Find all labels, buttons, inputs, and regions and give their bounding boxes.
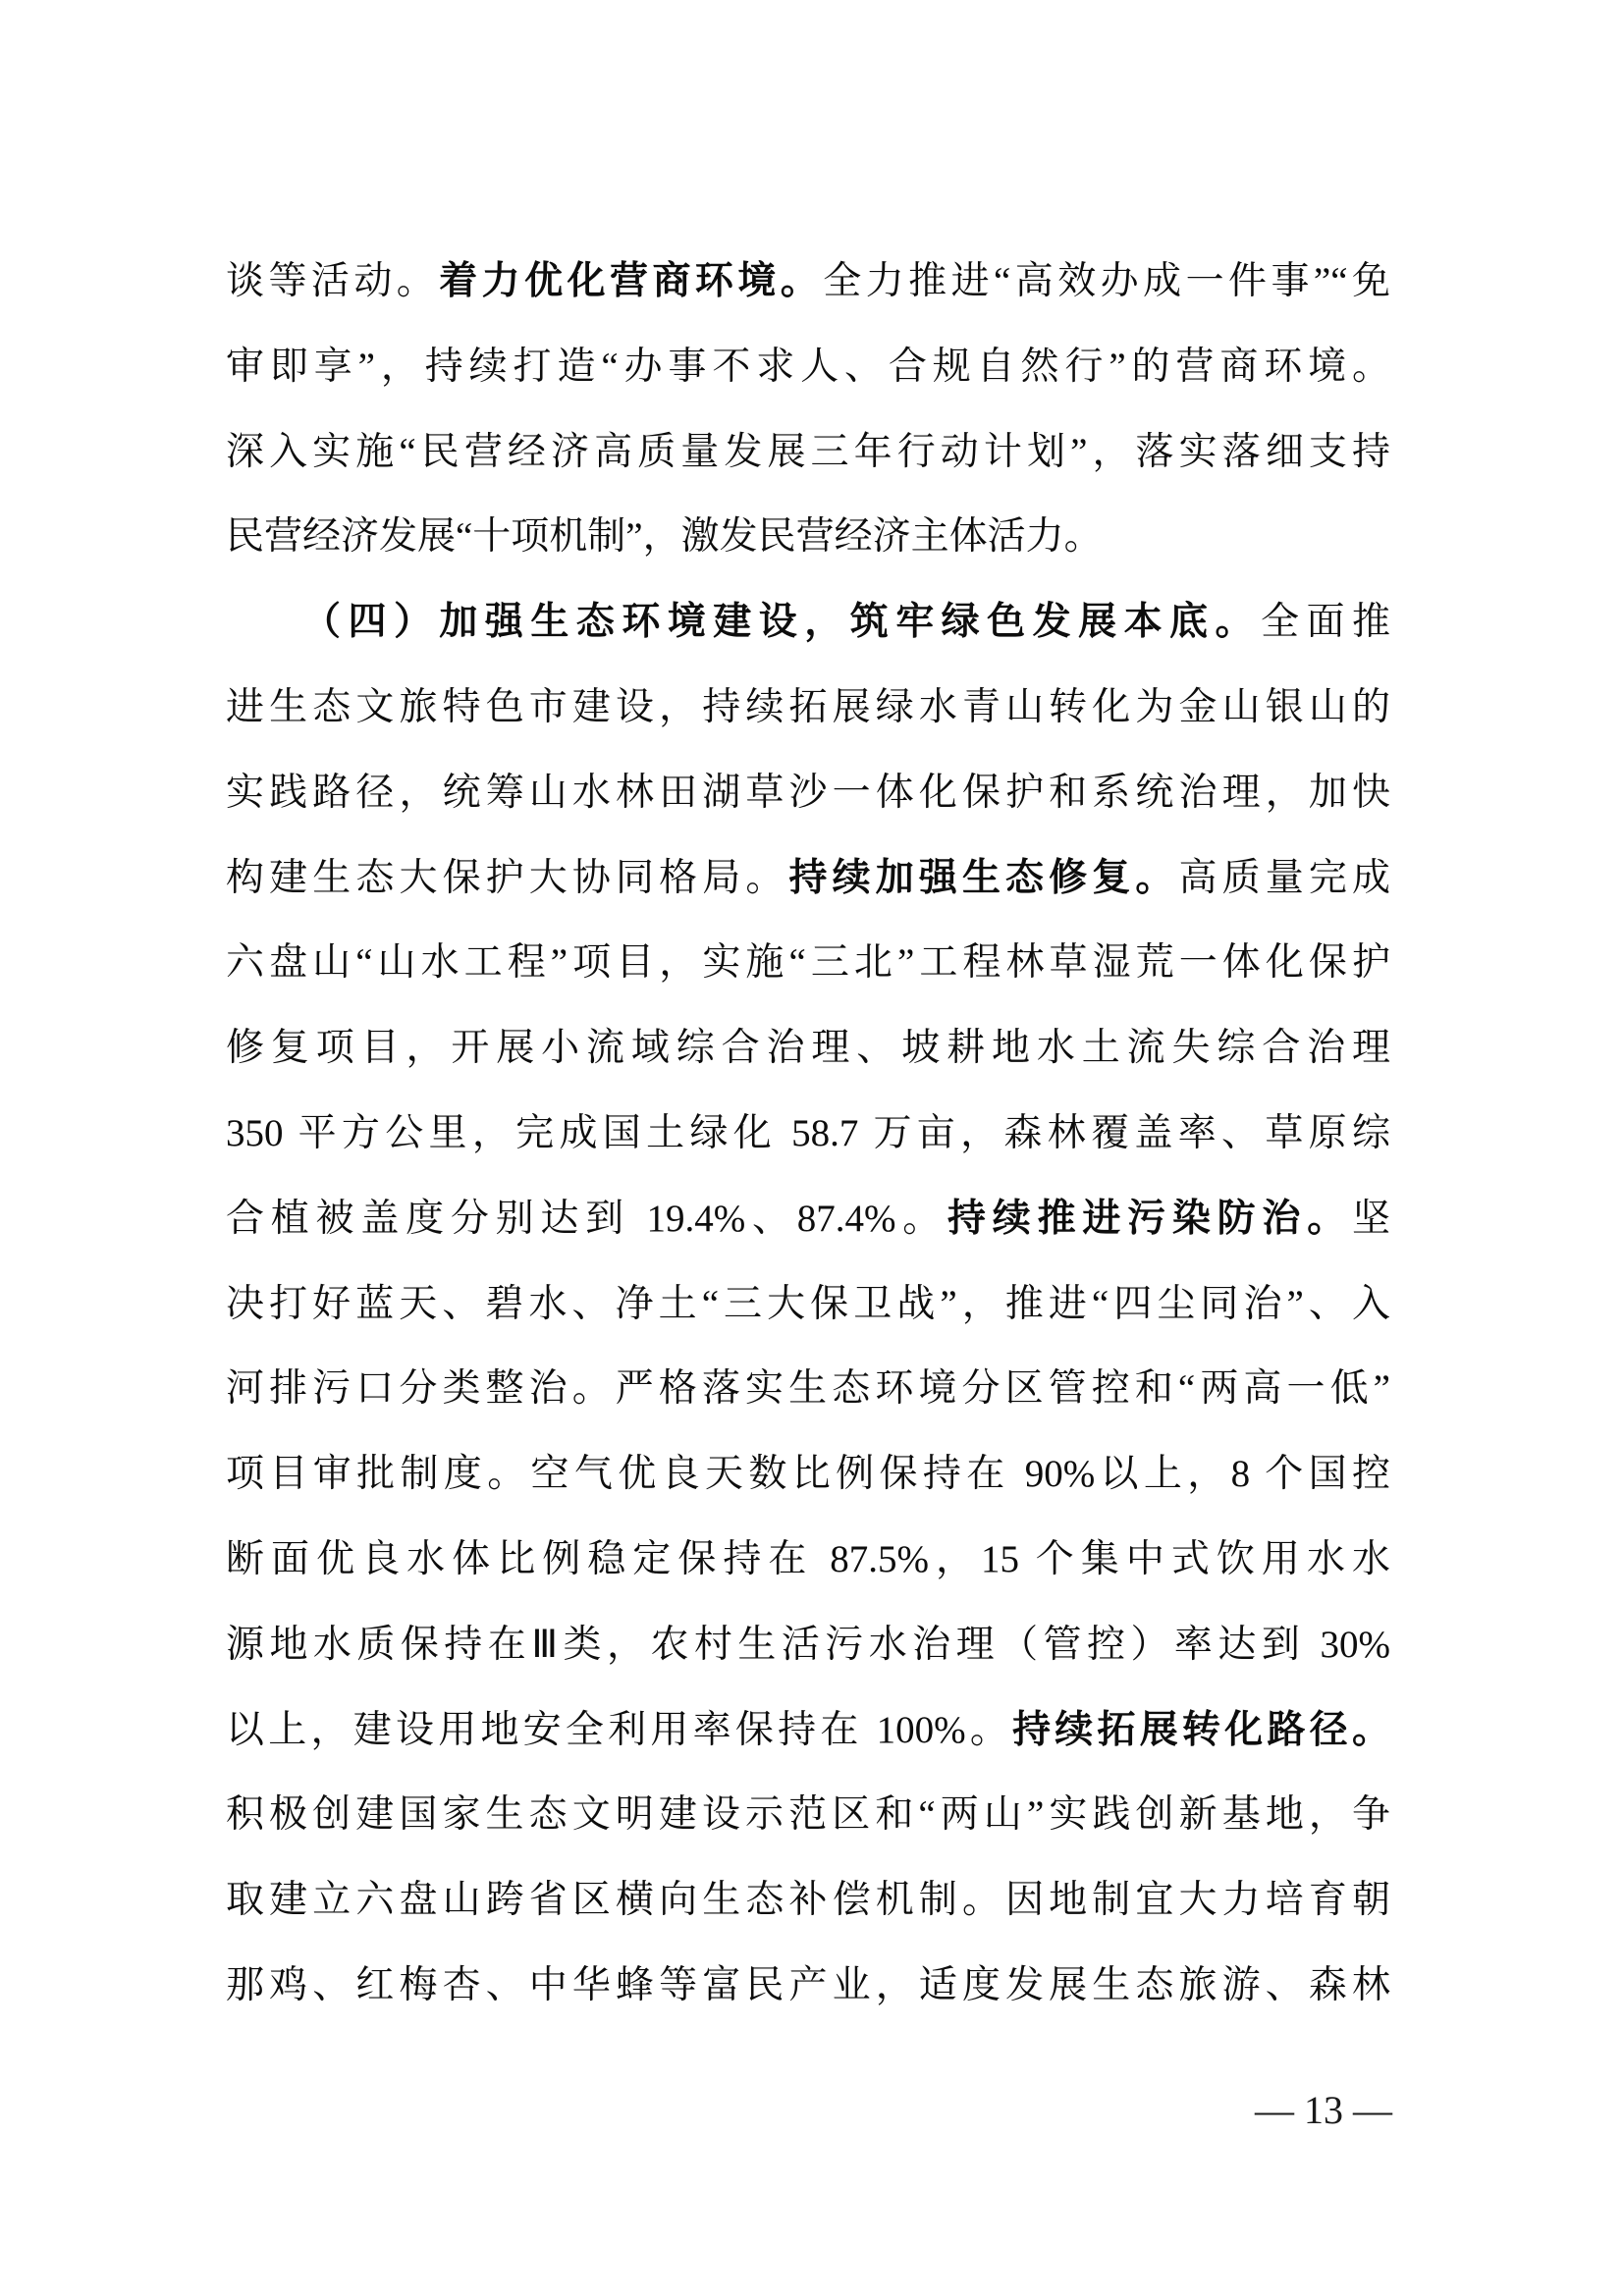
- text-run: 民营经济发展“十项机制”，激发民营经济主体活力。: [226, 515, 1103, 558]
- text-line-8: 构建生态大保护大协同格局。持续加强生态修复。高质量完成: [226, 836, 1390, 922]
- text-line-20: 取建立六盘山跨省区横向生态补偿机制。因地制宜大力培育朝: [226, 1858, 1390, 1944]
- text-line-6: 进生态文旅特色市建设，持续拓展绿水青山转化为金山银山的: [226, 666, 1390, 751]
- text-run: 实践路径，统筹山水林田湖草沙一体化保护和系统治理，加快: [226, 772, 1390, 814]
- text-line-19: 积极创建国家生态文明建设示范区和“两山”实践创新基地，争: [226, 1773, 1390, 1858]
- text-line-17: 源地水质保持在Ⅲ类，农村生活污水治理（管控）率达到 30%: [226, 1603, 1390, 1688]
- text-run: 全面推: [1261, 601, 1390, 643]
- text-run: 构建生态大保护大协同格局。: [226, 857, 788, 899]
- text-run: 积极创建国家生态文明建设示范区和“两山”实践创新基地，争: [226, 1793, 1390, 1836]
- text-run: 那鸡、红梅杏、中华蜂等富民产业，适度发展生态旅游、森林: [226, 1964, 1390, 2006]
- text-run: 断面优良水体比例稳定保持在 87.5%，15 个集中式饮用水水: [226, 1538, 1390, 1580]
- text-line-10: 修复项目，开展小流域综合治理、坡耕地水土流失综合治理: [226, 1006, 1390, 1092]
- text-run: 修复项目，开展小流域综合治理、坡耕地水土流失综合治理: [226, 1027, 1390, 1069]
- text-run: 高质量完成: [1179, 857, 1390, 899]
- text-line-11: 350 平方公里，完成国土绿化 58.7 万亩，森林覆盖率、草原综: [226, 1092, 1390, 1177]
- text-line-4: 民营经济发展“十项机制”，激发民营经济主体活力。: [226, 495, 1390, 580]
- text-line-3: 深入实施“民营经济高质量发展三年行动计划”，落实落细支持: [226, 410, 1390, 496]
- text-run: 进生态文旅特色市建设，持续拓展绿水青山转化为金山银山的: [226, 686, 1390, 728]
- page-number: — 13 —: [226, 2081, 1392, 2140]
- text-run: 以上，建设用地安全利用率保持在 100%。: [226, 1709, 1012, 1751]
- text-line-2: 审即享”，持续打造“办事不求人、合规自然行”的营商环境。: [226, 325, 1390, 410]
- text-run: 决打好蓝天、碧水、净土“三大保卫战”，推进“四尘同治”、入: [226, 1283, 1390, 1325]
- bold-emphasis-run: 持续推进污染防治。: [947, 1198, 1352, 1240]
- text-line-5: （四）加强生态环境建设，筑牢绿色发展本底。全面推: [226, 580, 1390, 666]
- bold-emphasis-run: 着力优化营商环境。: [439, 260, 823, 302]
- text-run: 谈等活动。: [226, 260, 439, 302]
- text-line-1: 谈等活动。着力优化营商环境。全力推进“高效办成一件事”“免: [226, 240, 1390, 325]
- text-line-13: 决打好蓝天、碧水、净土“三大保卫战”，推进“四尘同治”、入: [226, 1262, 1390, 1348]
- document-body: 谈等活动。着力优化营商环境。全力推进“高效办成一件事”“免审即享”，持续打造“办…: [226, 240, 1390, 2029]
- bold-emphasis-run: 持续加强生态修复。: [788, 857, 1178, 899]
- text-run: 源地水质保持在Ⅲ类，农村生活污水治理（管控）率达到 30%: [226, 1624, 1390, 1666]
- text-run: 审即享”，持续打造“办事不求人、合规自然行”的营商环境。: [226, 346, 1390, 388]
- section-heading-run: （四）加强生态环境建设，筑牢绿色发展本底。: [302, 601, 1261, 643]
- text-line-9: 六盘山“山水工程”项目，实施“三北”工程林草湿荒一体化保护: [226, 921, 1390, 1006]
- bold-emphasis-run: 持续拓展转化路径。: [1012, 1709, 1390, 1751]
- text-line-21: 那鸡、红梅杏、中华蜂等富民产业，适度发展生态旅游、森林: [226, 1944, 1390, 2029]
- text-run: 六盘山“山水工程”项目，实施“三北”工程林草湿荒一体化保护: [226, 941, 1390, 984]
- text-line-15: 项目审批制度。空气优良天数比例保持在 90%以上，8 个国控: [226, 1432, 1390, 1518]
- text-run: 350 平方公里，完成国土绿化 58.7 万亩，森林覆盖率、草原综: [226, 1112, 1390, 1154]
- text-run: 取建立六盘山跨省区横向生态补偿机制。因地制宜大力培育朝: [226, 1879, 1390, 1921]
- text-run: 合植被盖度分别达到 19.4%、87.4%。: [226, 1198, 947, 1240]
- text-run: 全力推进“高效办成一件事”“免: [823, 260, 1390, 302]
- text-line-12: 合植被盖度分别达到 19.4%、87.4%。持续推进污染防治。坚: [226, 1177, 1390, 1262]
- text-run: 河排污口分类整治。严格落实生态环境分区管控和“两高一低”: [226, 1367, 1390, 1410]
- text-line-7: 实践路径，统筹山水林田湖草沙一体化保护和系统治理，加快: [226, 751, 1390, 836]
- text-line-18: 以上，建设用地安全利用率保持在 100%。持续拓展转化路径。: [226, 1688, 1390, 1774]
- text-run: 项目审批制度。空气优良天数比例保持在 90%以上，8 个国控: [226, 1453, 1390, 1495]
- document-page: 谈等活动。着力优化营商环境。全力推进“高效办成一件事”“免审即享”，持续打造“办…: [0, 0, 1623, 2296]
- text-run: 坚: [1352, 1198, 1390, 1240]
- text-line-14: 河排污口分类整治。严格落实生态环境分区管控和“两高一低”: [226, 1347, 1390, 1432]
- text-line-16: 断面优良水体比例稳定保持在 87.5%，15 个集中式饮用水水: [226, 1518, 1390, 1603]
- text-run: 深入实施“民营经济高质量发展三年行动计划”，落实落细支持: [226, 431, 1390, 473]
